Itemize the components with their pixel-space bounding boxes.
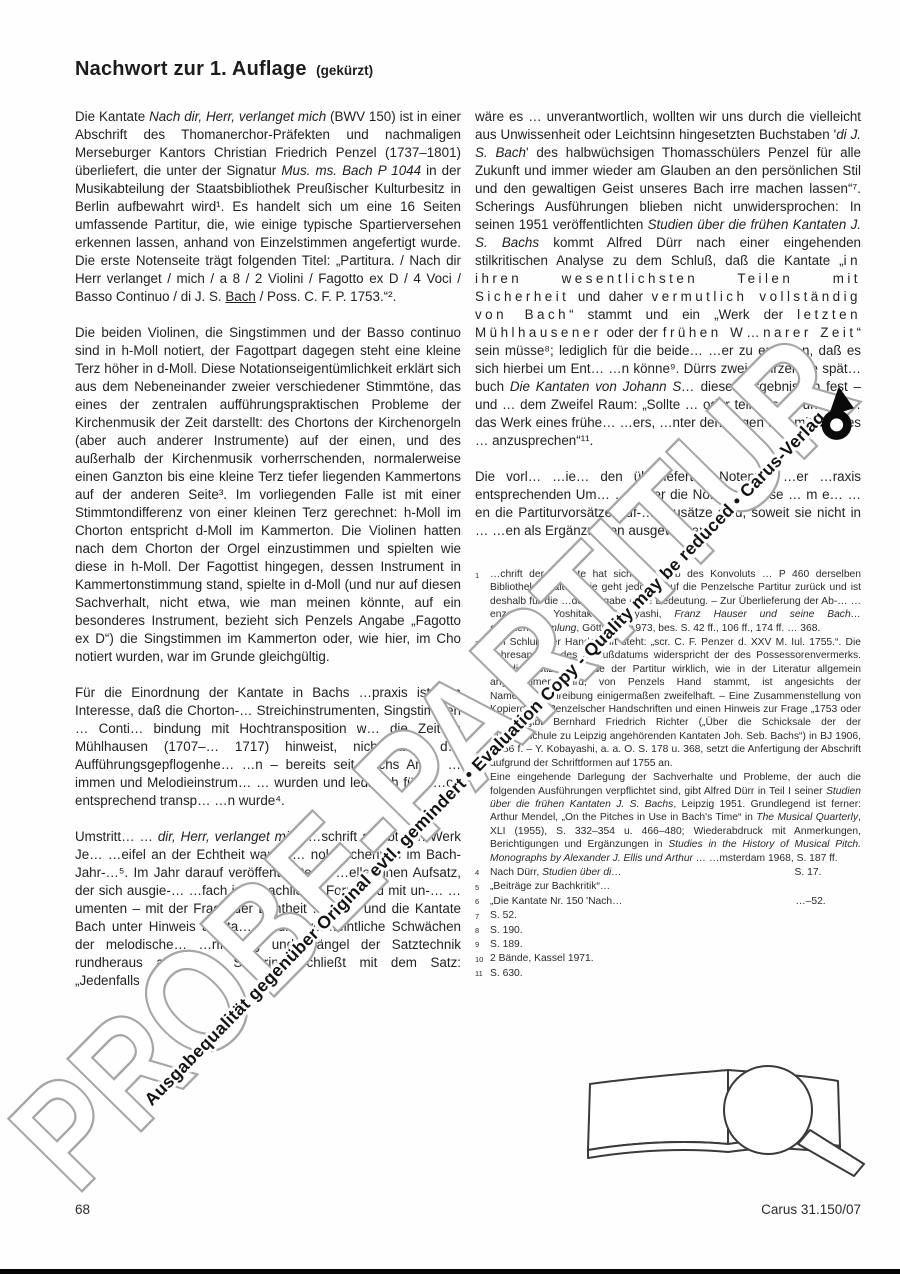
footnote-number: 6	[475, 895, 490, 908]
paragraph: wäre es … unverantwortlich, wollten wir …	[475, 108, 861, 450]
page-title: Nachwort zur 1. Auflage (gekürzt)	[75, 58, 675, 81]
text-segment: in der Musikabteilung der Staatsbiblioth…	[75, 163, 461, 304]
text-segment: , Göttingen 1973, bes. S. 42 ff., 106 ff…	[576, 623, 820, 634]
footnote-number: 2	[475, 637, 490, 771]
scan-edge-bar	[0, 1269, 900, 1274]
left-column: Die Kantate Nach dir, Herr, verlanget mi…	[75, 108, 461, 1008]
text-segment: Mus. ms. Bach P 1044	[281, 163, 421, 178]
text-segment: Die Kantaten von Johann S…	[510, 379, 695, 394]
book-magnifier-icon	[578, 1058, 878, 1190]
footnote-number: 1	[475, 569, 490, 636]
footnote: 8S. 190.	[475, 924, 861, 937]
footnote-text: Eine eingehende Darlegung der Sachverhal…	[490, 771, 861, 865]
paragraph: Umstritt… … dir, Herr, verlanget mich …s…	[75, 828, 461, 990]
text-segment: Bach	[225, 289, 256, 304]
text-segment: Umstritt… …	[75, 829, 158, 844]
footnote-text: „Die Kantate Nr. 150 'Nach… …–52.	[490, 895, 861, 908]
footnote-number: 8	[475, 924, 490, 937]
text-segment: / Poss. C. F. P. 1753.“².	[256, 289, 396, 304]
footnote-text: S. 190.	[490, 924, 861, 937]
text-segment: Die Kantate	[75, 109, 149, 124]
footnote-text: 2 Bände, Kassel 1971.	[490, 952, 861, 965]
text-segment: frühen W…narer Zeit	[663, 325, 857, 340]
footnote-number: 3	[475, 772, 490, 866]
footnotes-block: 1…chrift der Kantate hat sich innerhalb …	[475, 568, 861, 980]
text-segment: S. 17.	[792, 867, 822, 878]
text-segment: Die vorl… …ie… den überlieferten Notent……	[475, 469, 861, 538]
text-segment: Nach Dürr,	[490, 867, 542, 878]
text-segment: “ stammt und ein „Werk der	[569, 307, 797, 322]
footnote: 11S. 630.	[475, 967, 861, 980]
footnote: 9S. 189.	[475, 938, 861, 951]
right-column: wäre es … unverantwortlich, wollten wir …	[475, 108, 861, 981]
text-segment: S. 189.	[490, 939, 523, 950]
footnote-number: 7	[475, 910, 490, 923]
footnote-text: Nach Dürr, Studien über di… S. 17.	[490, 866, 861, 879]
text-segment: …–52.	[792, 896, 825, 907]
text-segment: Am Schluß der Handschrift steht: „scr. C…	[490, 637, 861, 769]
footnote-text: S. 189.	[490, 938, 861, 951]
paragraph: Für die Einordnung der Kantate in Bachs …	[75, 684, 461, 810]
footnote-text: S. 52.	[490, 909, 861, 922]
edition-number: Carus 31.150/07	[761, 1202, 861, 1217]
text-segment: „Die Kantate Nr. 150 'Nach…	[490, 896, 622, 907]
page-title-text: Nachwort zur 1. Auflage	[75, 58, 307, 80]
footnote: 1…chrift der Kantate hat sich innerhalb …	[475, 568, 861, 635]
text-segment: The Musical Quarterly	[756, 812, 858, 823]
footnote-text: S. 630.	[490, 967, 861, 980]
text-segment: Nach dir, Herr, verlanget mich	[149, 109, 326, 124]
text-segment: und daher	[569, 289, 651, 304]
text-segment: Eine eingehende Darlegung der Sachverhal…	[490, 772, 861, 796]
footnote-number: 10	[475, 953, 490, 966]
text-segment: 2 Bände, Kassel 1971.	[490, 953, 594, 964]
footnote-number: 4	[475, 866, 490, 879]
footnote-number: 11	[475, 967, 490, 980]
paragraph: Die Kantate Nach dir, Herr, verlanget mi…	[75, 108, 461, 306]
text-segment: dir, Herr, verlanget mich	[158, 829, 303, 844]
paragraph: Die beiden Violinen, die Singstimmen und…	[75, 324, 461, 666]
footnote: 5„Beiträge zur Bachkritik“…	[475, 880, 861, 893]
text-segment: oder der	[602, 325, 663, 340]
text-segment: „Beiträge zur Bachkritik“…	[490, 881, 610, 892]
footnote: 102 Bände, Kassel 1971.	[475, 952, 861, 965]
text-segment: S. 630.	[490, 968, 523, 979]
text-segment: Die beiden Violinen, die Singstimmen und…	[75, 325, 461, 664]
footnote: 4Nach Dürr, Studien über di… S. 17.	[475, 866, 861, 879]
document-page: Nachwort zur 1. Auflage (gekürzt) Die Ka…	[0, 0, 900, 1274]
text-segment: Für die Einordnung der Kantate in Bachs …	[75, 685, 461, 808]
footnote: 7S. 52.	[475, 909, 861, 922]
footnote-text: …chrift der Kantate hat sich innerhalb d…	[490, 568, 861, 635]
footnote-text: „Beiträge zur Bachkritik“…	[490, 880, 861, 893]
page-title-suffix: (gekürzt)	[316, 63, 373, 78]
footnote: 2Am Schluß der Handschrift steht: „scr. …	[475, 636, 861, 770]
text-segment: S. 190.	[490, 925, 523, 936]
text-segment: wäre es … unverantwortlich, wollten wir …	[475, 109, 861, 142]
footnote-number: 9	[475, 938, 490, 951]
footnote-number: 5	[475, 881, 490, 894]
page-number: 68	[75, 1202, 90, 1217]
page-footer: 68 Carus 31.150/07	[75, 1202, 861, 1217]
text-segment: Studien über di…	[542, 867, 622, 878]
footnote: 6„Die Kantate Nr. 150 'Nach… …–52.	[475, 895, 861, 908]
text-segment: …msterdam 1968, S. 187 ff.	[706, 853, 837, 864]
text-segment: …schrift angibt, ein Werk Je… …eifel an …	[75, 829, 461, 988]
text-segment: S. 52.	[490, 910, 517, 921]
paragraph: Die vorl… …ie… den überlieferten Notent……	[475, 468, 861, 540]
footnote: 3Eine eingehende Darlegung der Sachverha…	[475, 771, 861, 865]
footnote-text: Am Schluß der Handschrift steht: „scr. C…	[490, 636, 861, 770]
